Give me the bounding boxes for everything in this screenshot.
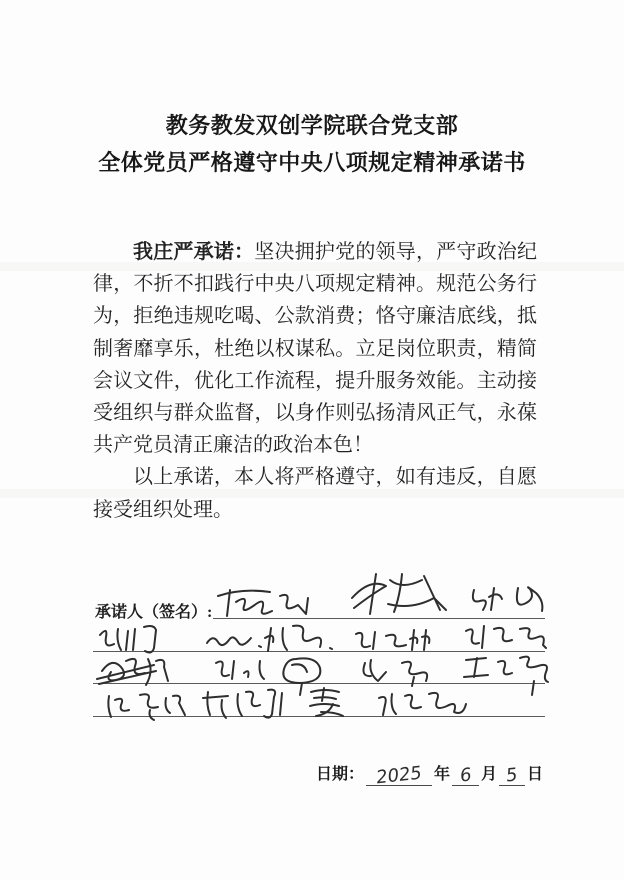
signature-scribble [356,655,442,684]
signature-scribble [96,621,181,652]
signature-scribble [373,687,469,718]
signature-scribble [340,570,452,620]
date-year-blank: 2025 [366,765,432,786]
closing-paragraph: 以上承诺，本人将严格遵守，如有违反，自愿接受组织处理。 [93,461,537,525]
title-line-2: 全体党员严格遵守中央八项规定精神承诺书 [0,144,624,181]
date-year-unit: 年 [434,764,450,786]
date-day-blank: 5 [499,765,525,786]
signature-scribble [460,651,550,684]
signature-scribble [350,623,440,652]
date-month-blank: 6 [452,765,479,786]
title-line-1: 教务教发双创学院联合党支部 [0,107,624,144]
date-month-unit: 月 [481,764,497,786]
date-year-handwritten: 2025 [376,762,423,789]
date-day-unit: 日 [527,764,543,786]
signature-scribble [196,687,292,718]
signature-scribble [94,653,190,686]
date-line: 日期： 2025 年 6 月 5 日 [316,764,543,786]
signature-scribble [214,584,309,618]
date-day-handwritten: 5 [506,764,519,787]
date-month-handwritten: 6 [459,764,472,787]
signature-scribble [466,580,546,616]
signature-scribble [100,689,186,718]
signature-scribble [303,685,365,718]
pledge-text: 坚决拥护党的领导，严守政治纪律，不折不扣践行中央八项规定精神。规范公务行为，拒绝… [93,241,537,456]
date-label: 日期： [316,764,364,786]
pledge-paragraph: 我庄严承诺：坚决拥护党的领导，严守政治纪律，不折不扣践行中央八项规定精神。规范公… [93,236,537,461]
document-body: 我庄严承诺：坚决拥护党的领导，严守政治纪律，不折不扣践行中央八项规定精神。规范公… [93,236,537,526]
document-title: 教务教发双创学院联合党支部 全体党员严格遵守中央八项规定精神承诺书 [0,107,624,181]
scanned-document-page: 教务教发双创学院联合党支部 全体党员严格遵守中央八项规定精神承诺书 我庄严承诺：… [0,0,624,880]
signature-scribble [210,651,342,686]
signature-scribble [203,621,339,652]
pledge-lead: 我庄严承诺： [133,241,254,263]
signature-scribble [460,621,546,650]
signer-label: 承诺人（签名）: [95,599,212,622]
